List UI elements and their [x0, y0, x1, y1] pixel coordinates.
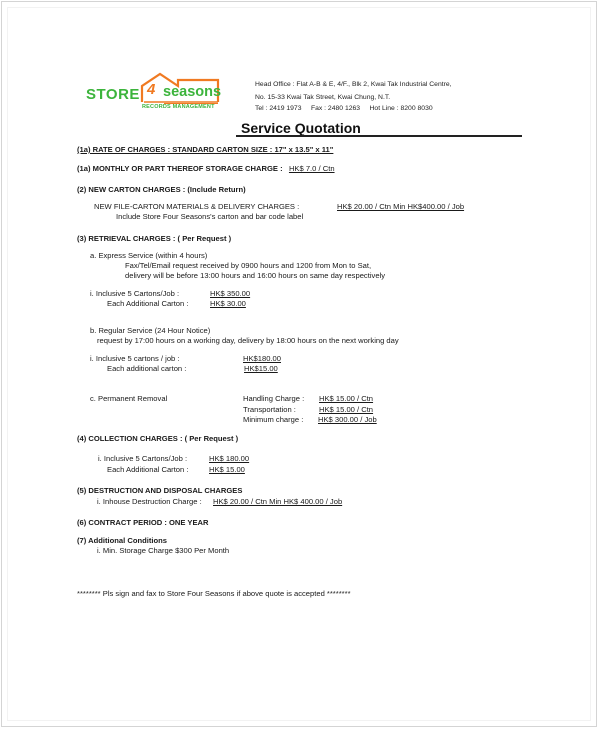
fax: Fax : 2480 1263: [311, 105, 360, 112]
section-7-heading: (7) Additional Conditions: [77, 536, 167, 545]
company-logo: STORE 4 seasons RECORDS MANAGEMENT: [84, 72, 219, 114]
new-carton-note: Include Store Four Seasons's carton and …: [116, 212, 303, 221]
express-service-title: a. Express Service (within 4 hours): [90, 251, 207, 260]
express-each-value: HK$ 30.00: [210, 299, 246, 308]
section-6-heading: (6) CONTRACT PERIOD : ONE YEAR: [77, 518, 209, 527]
logo-store-text: STORE: [86, 86, 140, 103]
min-storage-charge: i. Min. Storage Charge $300 Per Month: [97, 546, 229, 555]
regular-each-value: HK$15.00: [244, 364, 278, 373]
destruction-value: HK$ 20.00 / Ctn Min HK$ 400.00 / Job: [213, 497, 342, 506]
removal-value: HK$ 15.00 / Ctn: [319, 394, 373, 403]
regular-service-title: b. Regular Service (24 Hour Notice): [90, 326, 210, 335]
express-service-desc-1: Fax/Tel/Email request received by 0900 h…: [125, 261, 371, 270]
section-3-heading: (3) RETRIEVAL CHARGES : ( Per Request ): [77, 234, 231, 243]
section-1a-rate: (1a) RATE OF CHARGES : STANDARD CARTON S…: [77, 145, 333, 154]
section-1a-storage: (1a) MONTHLY OR PART THEREOF STORAGE CHA…: [77, 164, 335, 173]
regular-service-desc: request by 17:00 hours on a working day,…: [97, 336, 399, 345]
express-inclusive-label: i. Inclusive 5 Cartons/Job :: [90, 289, 179, 298]
express-service-desc-2: delivery will be before 13:00 hours and …: [125, 271, 385, 280]
storage-charge-value: HK$ 7.0 / Ctn: [289, 164, 335, 173]
collection-each-value: HK$ 15.00: [209, 465, 245, 474]
logo-seasons-text: seasons: [163, 84, 221, 100]
collection-inclusive-label: i. Inclusive 5 Cartons/Job :: [98, 454, 187, 463]
address-line-1: Head Office : Flat A-B & E, 4/F., Blk 2,…: [255, 79, 452, 91]
logo-subtitle: RECORDS MANAGEMENT: [142, 104, 215, 110]
removal-row: Transportation :: [243, 405, 296, 414]
permanent-removal-title: c. Permanent Removal: [90, 394, 167, 403]
section-4-heading: (4) COLLECTION CHARGES : ( Per Request ): [77, 434, 238, 443]
tel: Tel : 2419 1973: [255, 105, 301, 112]
removal-value: HK$ 300.00 / Job: [318, 415, 377, 424]
logo-four-text: 4: [147, 81, 155, 98]
new-carton-value: HK$ 20.00 / Ctn Min HK$400.00 / Job: [337, 202, 464, 211]
regular-inclusive-value: HK$180.00: [243, 354, 281, 363]
express-each-label: Each Additional Carton :: [107, 299, 188, 308]
express-inclusive-value: HK$ 350.00: [210, 289, 250, 298]
regular-inclusive-label: i. Inclusive 5 cartons / job :: [90, 354, 179, 363]
title-rule: [236, 135, 522, 137]
section-2-heading: (2) NEW CARTON CHARGES : (Include Return…: [77, 185, 246, 194]
collection-inclusive-value: HK$ 180.00: [209, 454, 249, 463]
removal-value: HK$ 15.00 / Ctn: [319, 405, 373, 414]
destruction-label: i. Inhouse Destruction Charge :: [97, 497, 202, 506]
regular-each-label: Each additional carton :: [107, 364, 186, 373]
removal-row: Handling Charge :: [243, 394, 304, 403]
address-line-2: No. 15-33 Kwai Tak Street, Kwai Chung, N…: [255, 92, 390, 104]
collection-each-label: Each Additional Carton :: [107, 465, 188, 474]
footer-note: ******** Pls sign and fax to Store Four …: [77, 589, 351, 598]
removal-row: Minimum charge :: [243, 415, 303, 424]
new-carton-label: NEW FILE-CARTON MATERIALS & DELIVERY CHA…: [94, 202, 299, 211]
section-5-heading: (5) DESTRUCTION AND DISPOSAL CHARGES: [77, 486, 242, 495]
contact-line: Tel : 2419 1973 Fax : 2480 1263 Hot Line…: [255, 103, 433, 115]
hotline: Hot Line : 8200 8030: [370, 105, 433, 112]
page-title: Service Quotation: [241, 120, 361, 136]
